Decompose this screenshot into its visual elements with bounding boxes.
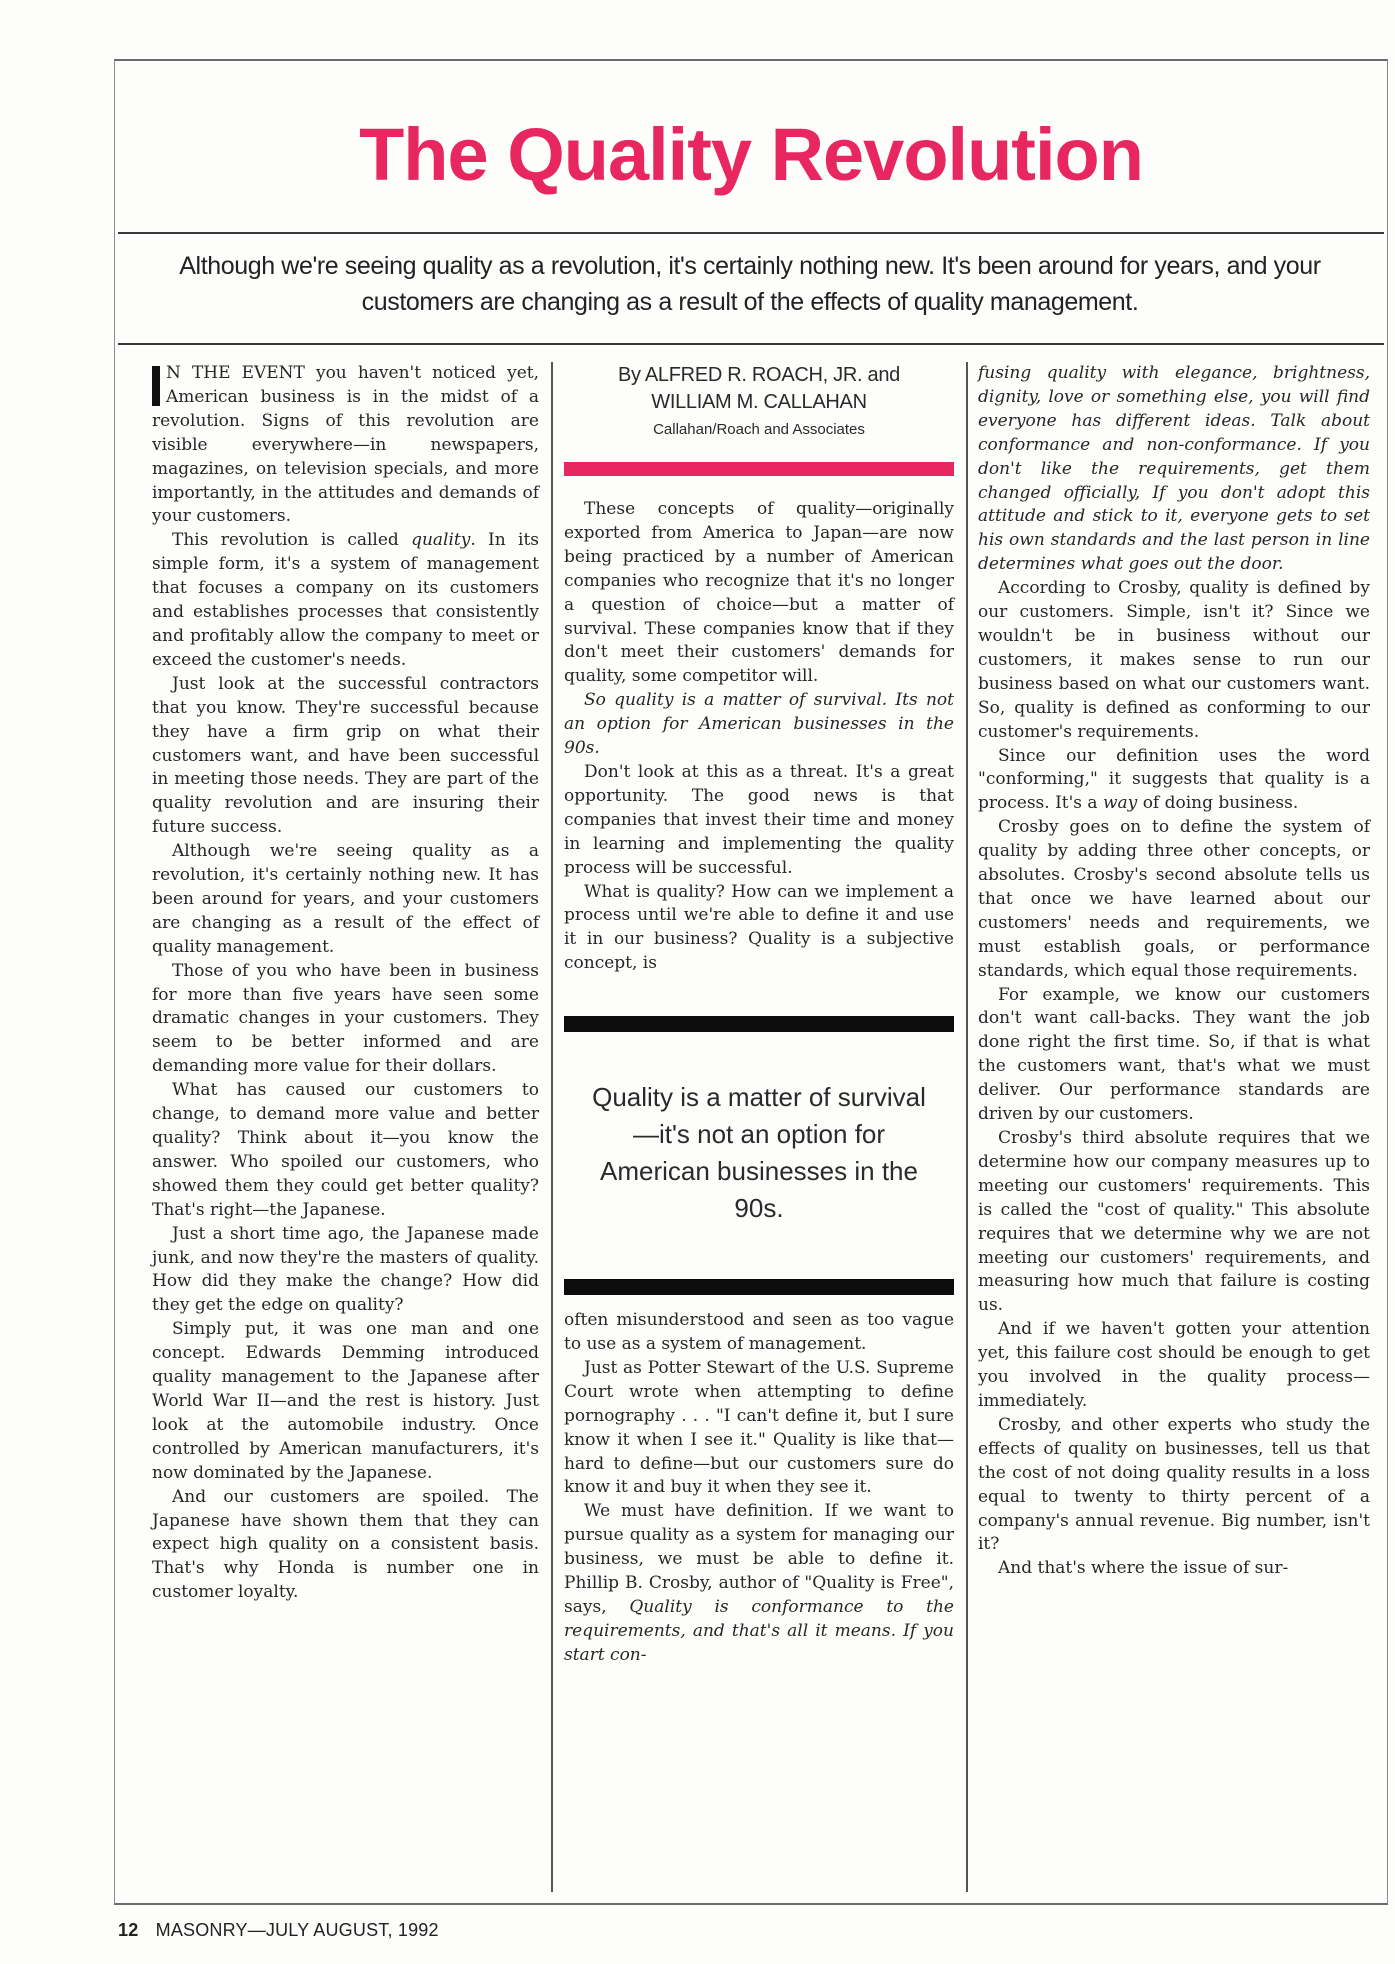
paragraph: Since our definition uses the word "conf… — [978, 745, 1370, 817]
paragraph: fusing quality with elegance, brightness… — [978, 362, 1370, 577]
paragraph: We must have definition. If we want to p… — [564, 1500, 954, 1667]
column-divider — [551, 362, 553, 1892]
pull-quote-bottom-bar — [564, 1279, 954, 1295]
page-number: 12 — [118, 1920, 138, 1940]
byline-authors-2: WILLIAM M. CALLAHAN — [564, 389, 954, 416]
publication-info: MASONRY—JULY AUGUST, 1992 — [156, 1920, 439, 1940]
title-divider — [118, 232, 1384, 234]
paragraph: This revolution is called quality. In it… — [152, 529, 539, 672]
page-footer: 12 MASONRY—JULY AUGUST, 1992 — [118, 1920, 439, 1941]
paragraph: N THE EVENT you haven't noticed yet, Ame… — [152, 362, 539, 529]
paragraph: Just look at the successful contractors … — [152, 673, 539, 840]
pull-quote: Quality is a matter of survival—it's not… — [564, 1032, 954, 1279]
column-2: By ALFRED R. ROACH, JR. and WILLIAM M. C… — [564, 362, 954, 1668]
column-3: fusing quality with elegance, brightness… — [978, 362, 1370, 1581]
paragraph: Simply put, it was one man and one conce… — [152, 1318, 539, 1485]
byline: By ALFRED R. ROACH, JR. and WILLIAM M. C… — [564, 362, 954, 441]
paragraph: Just a short time ago, the Japanese made… — [152, 1223, 539, 1319]
paragraph: And that's where the issue of sur- — [978, 1557, 1370, 1581]
article-deck: Although we're seeing quality as a revol… — [150, 248, 1350, 320]
paragraph: Crosby, and other experts who study the … — [978, 1414, 1370, 1557]
drop-cap-i — [152, 366, 160, 406]
byline-organization: Callahan/Roach and Associates — [564, 419, 954, 441]
paragraph: According to Crosby, quality is defined … — [978, 577, 1370, 744]
paragraph: And if we haven't gotten your attention … — [978, 1318, 1370, 1414]
column-1: N THE EVENT you haven't noticed yet, Ame… — [152, 362, 539, 1605]
accent-bar — [564, 462, 954, 476]
paragraph: Although we're seeing quality as a revol… — [152, 840, 539, 960]
deck-divider — [118, 343, 1384, 345]
paragraph: often misunderstood and seen as too vagu… — [564, 1309, 954, 1357]
paragraph: These concepts of quality—originally exp… — [564, 498, 954, 689]
paragraph: For example, we know our customers don't… — [978, 984, 1370, 1127]
paragraph: Crosby's third absolute requires that we… — [978, 1127, 1370, 1318]
paragraph: What has caused our customers to change,… — [152, 1079, 539, 1222]
paragraph: Just as Potter Stewart of the U.S. Supre… — [564, 1357, 954, 1500]
paragraph: Don't look at this as a threat. It's a g… — [564, 761, 954, 881]
pull-quote-top-bar — [564, 1016, 954, 1032]
column-divider — [966, 362, 968, 1892]
paragraph: Crosby goes on to define the system of q… — [978, 816, 1370, 983]
byline-authors: By ALFRED R. ROACH, JR. and — [564, 362, 954, 389]
paragraph: What is quality? How can we implement a … — [564, 881, 954, 977]
paragraph: Those of you who have been in business f… — [152, 960, 539, 1080]
paragraph: So quality is a matter of survival. Its … — [564, 689, 954, 761]
paragraph: And our customers are spoiled. The Japan… — [152, 1486, 539, 1606]
article-title: The Quality Revolution — [114, 118, 1388, 192]
